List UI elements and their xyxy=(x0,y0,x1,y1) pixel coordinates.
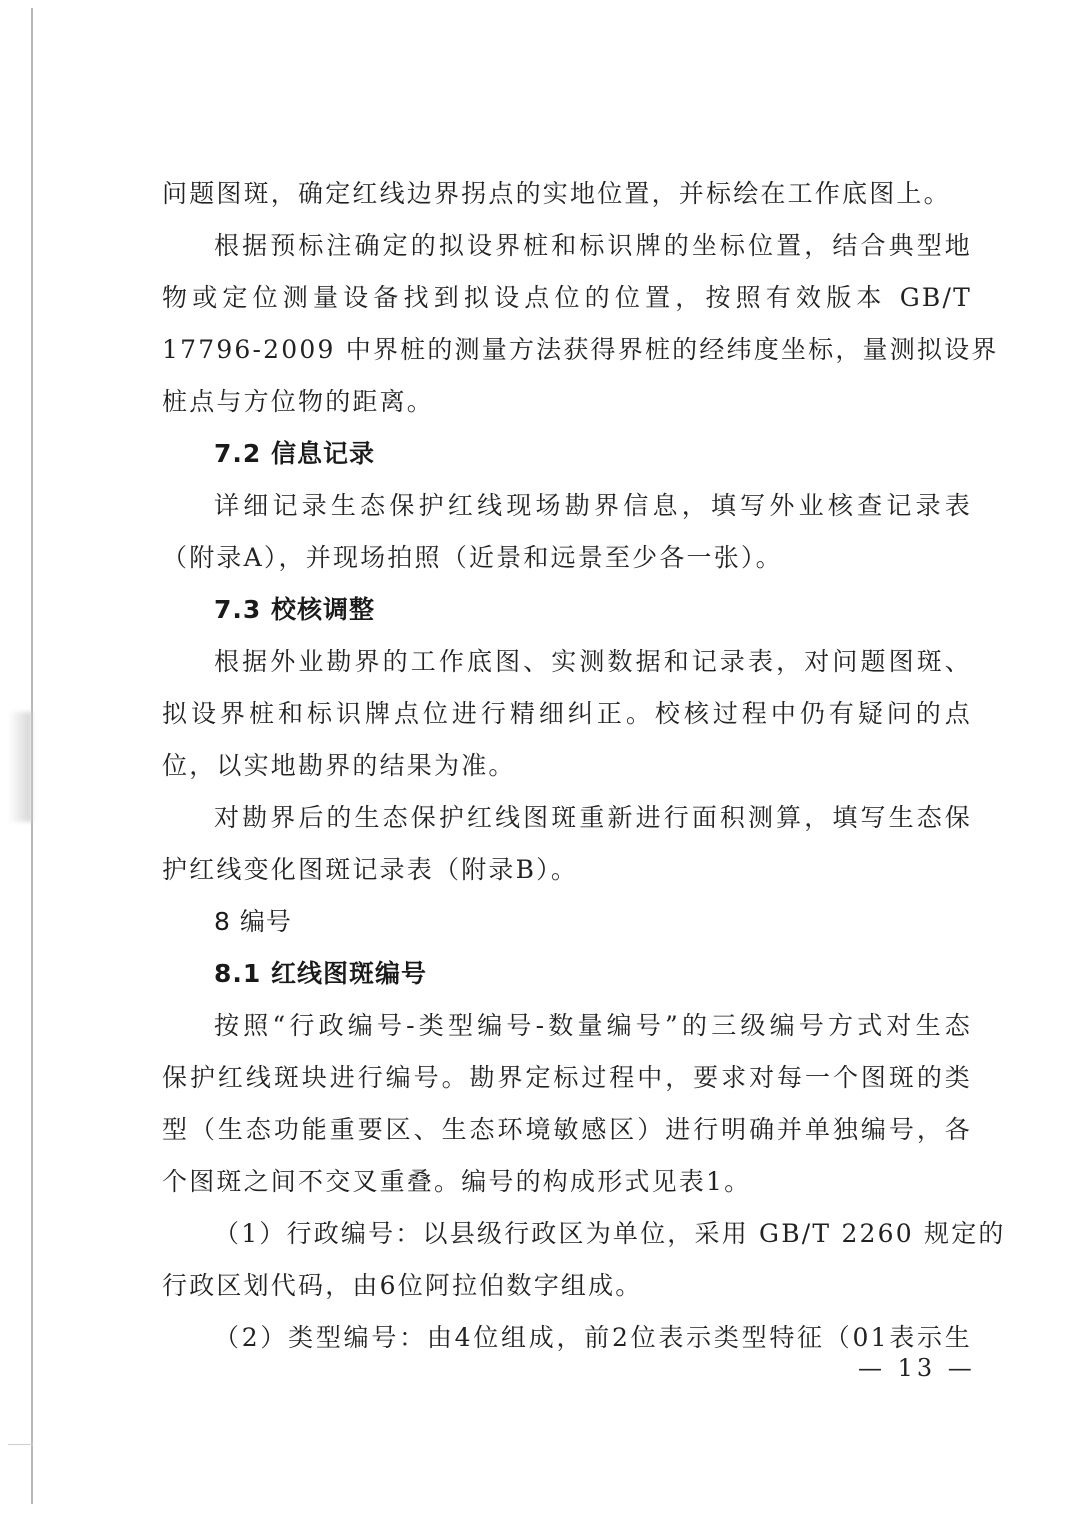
paragraph-line: 根据外业勘界的工作底图、实测数据和记录表，对问题图斑、 xyxy=(214,645,972,679)
paragraph-line: 型（生态功能重要区、生态环境敏感区）进行明确并单独编号，各 xyxy=(162,1113,972,1147)
section-heading-7-3: 7.3 校核调整 xyxy=(214,593,375,627)
paragraph-line: 根据预标注确定的拟设界桩和标识牌的坐标位置，结合典型地 xyxy=(214,229,972,263)
paragraph-line: 护红线变化图斑记录表（附录B）。 xyxy=(162,853,972,887)
paragraph-line: 问题图斑，确定红线边界拐点的实地位置，并标绘在工作底图上。 xyxy=(162,177,972,211)
paragraph-line: 对勘界后的生态保护红线图斑重新进行面积测算，填写生态保 xyxy=(214,801,972,835)
paragraph-line: 个图斑之间不交叉重叠。编号的构成形式见表1。 xyxy=(162,1165,972,1199)
paragraph-line: 17796-2009 中界桩的测量方法获得界桩的经纬度坐标，量测拟设界 xyxy=(162,333,972,367)
page-number: — 13 — xyxy=(858,1352,976,1384)
document-page: 问题图斑，确定红线边界拐点的实地位置，并标绘在工作底图上。 根据预标注确定的拟设… xyxy=(0,0,1080,1526)
paragraph-line: 位，以实地勘界的结果为准。 xyxy=(162,749,972,783)
section-heading-7-2: 7.2 信息记录 xyxy=(214,437,375,471)
paragraph-line: （1）行政编号：以县级行政区为单位，采用 GB/T 2260 规定的 xyxy=(214,1217,972,1251)
paragraph-line: （附录A），并现场拍照（近景和远景至少各一张）。 xyxy=(162,541,972,575)
section-heading-8: 8 编号 xyxy=(214,905,292,939)
paragraph-line: 保护红线斑块进行编号。勘界定标过程中，要求对每一个图斑的类 xyxy=(162,1061,972,1095)
section-heading-8-1: 8.1 红线图斑编号 xyxy=(214,957,427,991)
paragraph-line: （2）类型编号：由4位组成，前2位表示类型特征（01表示生 xyxy=(214,1321,972,1355)
paragraph-line: 桩点与方位物的距离。 xyxy=(162,385,972,419)
paragraph-line: 行政区划代码，由6位阿拉伯数字组成。 xyxy=(162,1269,972,1303)
paragraph-line: 拟设界桩和标识牌点位进行精细纠正。校核过程中仍有疑问的点 xyxy=(162,697,972,731)
paragraph-line: 按照“行政编号-类型编号-数量编号”的三级编号方式对生态 xyxy=(214,1009,972,1043)
paragraph-line: 详细记录生态保护红线现场勘界信息，填写外业核查记录表 xyxy=(214,489,972,523)
paragraph-line: 物或定位测量设备找到拟设点位的位置，按照有效版本 GB/T xyxy=(162,281,972,315)
